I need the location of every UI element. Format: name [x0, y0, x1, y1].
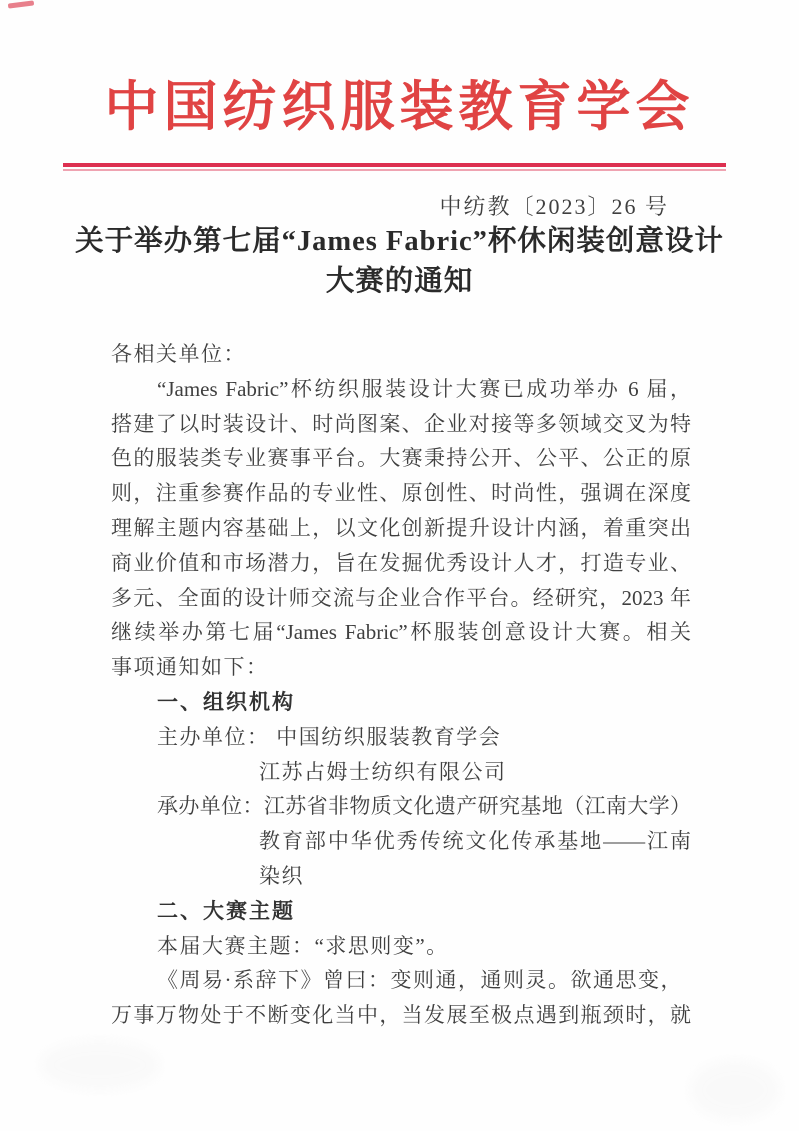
- section-heading-2: 二、大赛主题: [111, 894, 691, 929]
- document-body: 各相关单位： “James Fabric”杯纺织服装设计大赛已成功举办 6 届，…: [111, 337, 691, 1033]
- body-line: 则，注重参赛作品的专业性、原创性、时尚性，强调在深度: [111, 476, 691, 511]
- organizer-line: 承办单位：江苏省非物质文化遗产研究基地（江南大学）: [111, 789, 691, 824]
- section-heading-1: 一、组织机构: [111, 685, 691, 720]
- body-line: 多元、全面的设计师交流与企业合作平台。经研究，2023 年: [111, 581, 691, 616]
- organization-header: 中国纺织服装教育学会: [0, 74, 799, 140]
- scan-smudge: [690, 1060, 780, 1120]
- host-unit-line: 主办单位： 中国纺织服装教育学会: [111, 720, 691, 755]
- body-line: 色的服装类专业赛事平台。大赛秉持公开、公平、公正的原: [111, 441, 691, 476]
- scan-smudge: [40, 1040, 160, 1090]
- salutation-line: 各相关单位：: [111, 337, 691, 372]
- notice-title: 关于举办第七届“James Fabric”杯休闲装创意设计 大赛的通知: [0, 222, 799, 302]
- body-line: 《周易·系辞下》曾曰：变则通，通则灵。欲通思变，: [111, 963, 691, 998]
- theme-line: 本届大赛主题：“求思则变”。: [111, 929, 691, 964]
- body-line: 理解主题内容基础上，以文化创新提升设计内涵，着重突出: [111, 511, 691, 546]
- organizer-line: 教育部中华优秀传统文化传承基地——江南: [111, 824, 691, 859]
- notice-title-line2: 大赛的通知: [0, 262, 799, 302]
- body-line: 继续举办第七届“James Fabric”杯服装创意设计大赛。相关: [111, 615, 691, 650]
- body-line: 搭建了以时装设计、时尚图案、企业对接等多领域交叉为特: [111, 407, 691, 442]
- host-unit-line: 江苏占姆士纺织有限公司: [111, 755, 691, 790]
- body-line: 万事万物处于不断变化当中，当发展至极点遇到瓶颈时，就: [111, 998, 691, 1033]
- notice-title-line1: 关于举办第七届“James Fabric”杯休闲装创意设计: [0, 222, 799, 262]
- organizer-line: 染织: [111, 859, 691, 894]
- scan-artifact-red-mark: [8, 0, 34, 8]
- body-line: “James Fabric”杯纺织服装设计大赛已成功举办 6 届，: [111, 372, 691, 407]
- document-number: 中纺教〔2023〕26 号: [439, 190, 669, 221]
- scanned-document-page: 中国纺织服装教育学会 中纺教〔2023〕26 号 关于举办第七届“James F…: [0, 0, 799, 1131]
- body-line: 事项通知如下：: [111, 650, 691, 685]
- red-divider-rule: [63, 163, 726, 171]
- body-line: 商业价值和市场潜力，旨在发掘优秀设计人才，打造专业、: [111, 546, 691, 581]
